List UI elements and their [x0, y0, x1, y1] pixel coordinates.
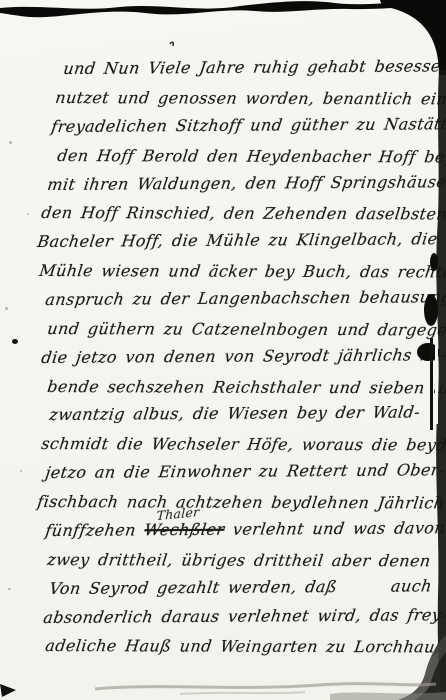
manuscript-line: zwey drittheil, übriges drittheil aber d… — [46, 549, 432, 572]
manuscript-line: bende sechszehen Reichsthaler und sieben… — [46, 376, 446, 399]
manuscript-line: den Hoff Berold den Heydenbacher Hoff be… — [56, 145, 446, 168]
manuscript-line: schmidt die Wechseler Höfe, woraus die b… — [40, 433, 446, 456]
manuscript-line: nutzet und genossen worden, benantlich e… — [54, 87, 446, 110]
manuscript-line: die jetzo von denen von Seyrodt jährlich… — [40, 344, 446, 369]
ink-dot — [12, 339, 18, 344]
manuscript-line: jetzo an die Einwohner zu Rettert und Ob… — [44, 459, 446, 484]
inserted-word: Thaler — [156, 501, 200, 527]
handwritten-text: und Nun Viele Jahre ruhig gehabt besesse… — [0, 0, 446, 700]
manuscript-line-corrected: fünffzehen ThalerWechßler verlehnt und w… — [44, 517, 446, 542]
manuscript-line: zwantzig albus, die Wiesen bey der Wald- — [48, 401, 422, 426]
manuscript-line-with-gap: Von Seyrod gezahlt werden, daß auch — [48, 575, 433, 600]
line-text-right: auch — [390, 575, 434, 597]
line-text-before: fünffzehen — [44, 520, 145, 540]
correction: ThalerWechßler — [143, 519, 226, 542]
manuscript-line: fischbach nach achtzehen beydlehnen Jähr… — [36, 491, 446, 515]
manuscript-line: den Hoff Rinschied, den Zehenden daselbs… — [40, 202, 446, 226]
manuscript-line: und Nun Viele Jahre ruhig gehabt besesse… — [62, 55, 446, 80]
manuscript-line: Bacheler Hoff, die Mühle zu Klingelbach,… — [36, 228, 439, 253]
line-text-after: verlehnt und was davon — [223, 518, 446, 539]
line-text-left: Von Seyrod gezahlt werden, daß — [48, 576, 338, 600]
manuscript-line: und güthern zu Catzenelnbogen und dargeg… — [46, 318, 446, 341]
manuscript-line: absonderlich daraus verlehnet wird, das … — [42, 604, 446, 629]
manuscript-page: und Nun Viele Jahre ruhig gehabt besesse… — [0, 0, 446, 700]
manuscript-line: mit ihren Waldungen, den Hoff Springshäu… — [46, 171, 446, 196]
manuscript-line: anspruch zu der Langenbachschen behausun… — [44, 286, 446, 311]
manuscript-line: Mühle wiesen und äcker bey Buch, das rec… — [38, 260, 446, 284]
manuscript-line: adeliche Hauß und Weingarten zu Lorchhau… — [44, 635, 446, 658]
manuscript-line: freyadelichen Sitzhoff und güther zu Nas… — [50, 113, 446, 138]
